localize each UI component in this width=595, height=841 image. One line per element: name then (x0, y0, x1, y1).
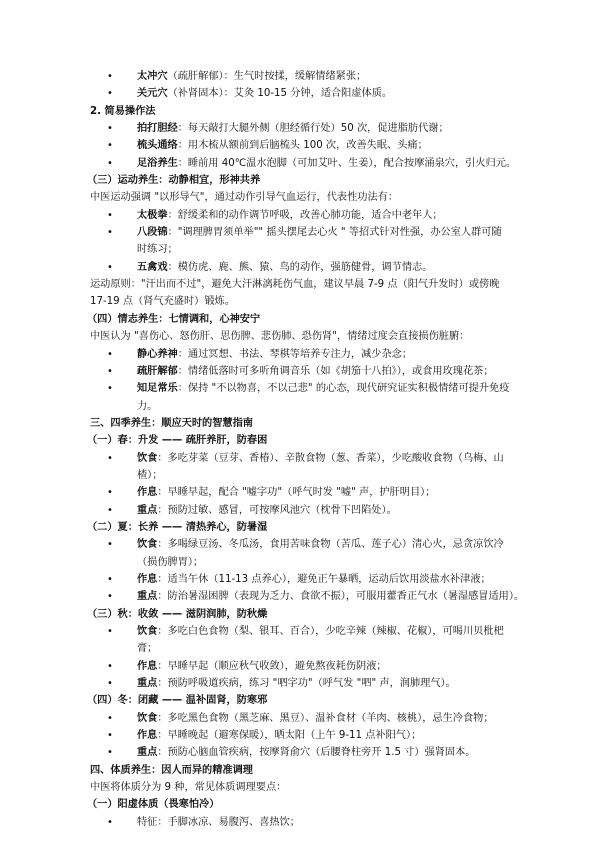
list-item-text: 特征：手脚冰凉、易腹泻、喜热饮； (137, 814, 300, 831)
paragraph: 17-19 点（肾气充盛时）锻炼。 (90, 293, 595, 310)
list-item-body: ：多吃芽菜（豆芽、香椿）、辛散食物（葱、香菜），少吃酸收食物（乌梅、山 (157, 453, 503, 464)
section-heading: 四、体质养生：因人而异的精准调理 (90, 762, 595, 779)
list-item-text: 拍打胆经：每天敲打大腿外侧（胆经循行处）50 次，促进脂肪代谢； (137, 120, 449, 137)
list-item-body: ：每天敲打大腿外侧（胆经循行处）50 次，促进脂肪代谢； (178, 123, 449, 134)
list-item: •太极拳：舒缓柔和的动作调节呼吸，改善心肺功能，适合中老年人； (0, 207, 595, 224)
bullet-icon: • (107, 68, 113, 85)
list-item-text: 饮食：多吃黑色食物（黑芝麻、黑豆）、温补食材（羊肉、核桃），忌生冷食物； (137, 710, 494, 727)
list-item-body: ：多吃白色食物（梨、银耳、百合），少吃辛辣（辣椒、花椒），可喝川贝枇杷 (157, 626, 503, 637)
list-item-body: ：适当午休（11-13 点养心），避免正午暴晒，运动后饮用淡盐水补津液； (157, 574, 490, 585)
list-item-text: 梳头通络：用木梳从额前到后脑梳头 100 次，改善失眠、头痛； (137, 137, 428, 154)
subsection-heading: （一）阳虚体质（畏寒怕冷） (87, 796, 595, 813)
bullet-icon: • (107, 380, 113, 397)
list-item-term: 重点 (137, 505, 157, 516)
bullet-icon: • (107, 571, 113, 588)
list-item-term: 饮食 (137, 453, 157, 464)
list-item-continuation: 楂）； (0, 467, 595, 484)
list-item-body: ：舒缓柔和的动作调节呼吸，改善心肺功能，适合中老年人； (168, 210, 443, 221)
list-item-term: 作息 (137, 730, 157, 741)
bullet-icon: • (107, 120, 113, 137)
list-item-text: 八段锦："调理脾胃须单举"" 摇头摆尾去心火 " 等招式针对性强，办公室人群可随 (137, 224, 502, 241)
bullet-icon: • (107, 259, 113, 276)
paragraph: 运动原则："汗出而不过"，避免大汗淋漓耗伤气血，建议早晨 7-9 点（阳气升发时… (90, 276, 595, 293)
section-heading: 三、四季养生：顺应天时的智慧指南 (90, 415, 595, 432)
list-item-term: 太极拳 (137, 210, 168, 221)
list-item: •重点：预防过敏、感冒，可按摩风池穴（枕骨下凹陷处）。 (0, 502, 595, 519)
list-item-body: ：防治暑湿困脾（表现为乏力、食欲不振），可服用藿香正气水（暑湿感冒适用）。 (157, 591, 524, 602)
bullet-icon: • (107, 658, 113, 675)
bullet-icon: • (107, 502, 113, 519)
list-item-text: 作息：早睡早起（顺应秋气收敛），避免熬夜耗伤阴液； (137, 658, 387, 675)
list-item-body: ：预防心脑血管疾病，按摩肾俞穴（后腰脊柱旁开 1.5 寸）强肾固本。 (157, 747, 475, 758)
list-item-continuation: 力。 (0, 398, 595, 415)
list-item-text: 饮食：多吃白色食物（梨、银耳、百合），少吃辛辣（辣椒、花椒），可喝川贝枇杷 (137, 623, 504, 640)
paragraph: 中医运动强调 "以形导气"，通过动作引导气血运行，代表性功法有： (90, 189, 595, 206)
list-item: •疏肝解郁：情绪低落时可多听角调音乐（如《胡笳十八拍》），或食用玫瑰花茶； (0, 363, 595, 380)
list-item-body: ：用木梳从额前到后脑梳头 100 次，改善失眠、头痛； (178, 140, 428, 151)
list-item-text: 知足常乐：保持 "不以物喜，不以己悲" 的心态，现代研究证实积极情绪可提升免疫 (137, 380, 509, 397)
list-item: •饮食：多喝绿豆汤、冬瓜汤，食用苦味食物（苦瓜、莲子心）清心火，忌贪凉饮冷 (0, 536, 595, 553)
list-item-term: 饮食 (137, 539, 157, 550)
list-item-text: 太冲穴（疏肝解郁）：生气时按揉，缓解情绪紧张； (137, 68, 366, 85)
list-item: •梳头通络：用木梳从额前到后脑梳头 100 次，改善失眠、头痛； (0, 137, 595, 154)
bullet-icon: • (107, 623, 113, 640)
list-item: •饮食：多吃黑色食物（黑芝麻、黑豆）、温补食材（羊肉、核桃），忌生冷食物； (0, 710, 595, 727)
list-item-continuation: （损伤脾胃）； (0, 554, 595, 571)
list-item-text: 饮食：多喝绿豆汤、冬瓜汤，食用苦味食物（苦瓜、莲子心）清心火，忌贪凉饮冷 (137, 536, 504, 553)
bullet-icon: • (107, 710, 113, 727)
subsection-heading: （三）秋：收敛 —— 滋阴润肺，防秋燥 (87, 606, 595, 623)
list-item: •饮食：多吃芽菜（豆芽、香椿）、辛散食物（葱、香菜），少吃酸收食物（乌梅、山 (0, 450, 595, 467)
section-heading: 2. 简易操作法 (90, 103, 595, 120)
list-item-text: 疏肝解郁：情绪低落时可多听角调音乐（如《胡笳十八拍》），或食用玫瑰花茶； (137, 363, 494, 380)
list-item-text: 重点：防治暑湿困脾（表现为乏力、食欲不振），可服用藿香正气水（暑湿感冒适用）。 (137, 588, 524, 605)
list-item-body: ：保持 "不以物喜，不以己悲" 的心态，现代研究证实积极情绪可提升免疫 (178, 383, 510, 394)
document-page: •太冲穴（疏肝解郁）：生气时按揉，缓解情绪紧张；•关元穴（补肾固本）：艾灸 10… (0, 68, 595, 831)
list-item-term: 作息 (137, 661, 157, 672)
subsection-heading: （一）春：升发 —— 疏肝养肝，防春困 (87, 432, 595, 449)
list-item-term: 饮食 (137, 626, 157, 637)
bullet-icon: • (107, 224, 113, 241)
bullet-icon: • (107, 814, 113, 831)
list-item: •知足常乐：保持 "不以物喜，不以己悲" 的心态，现代研究证实积极情绪可提升免疫 (0, 380, 595, 397)
list-item-term: 太冲穴 (137, 71, 168, 82)
list-item-body: ：预防过敏、感冒，可按摩风池穴（枕骨下凹陷处）。 (157, 505, 396, 516)
list-item: •重点：防治暑湿困脾（表现为乏力、食欲不振），可服用藿香正气水（暑湿感冒适用）。 (0, 588, 595, 605)
list-item-body: ：多吃黑色食物（黑芝麻、黑豆）、温补食材（羊肉、核桃），忌生冷食物； (157, 713, 493, 724)
continuation-text: 楂）； (137, 467, 162, 484)
list-item: •重点：预防心脑血管疾病，按摩肾俞穴（后腰脊柱旁开 1.5 寸）强肾固本。 (0, 744, 595, 761)
list-item-term: 重点 (137, 591, 157, 602)
continuation-text: 膏； (137, 640, 157, 657)
list-item-text: 饮食：多吃芽菜（豆芽、香椿）、辛散食物（葱、香菜），少吃酸收食物（乌梅、山 (137, 450, 504, 467)
list-item-body: ：预防呼吸道疾病，练习 "呬字功"（呼气发 "呬" 声，润肺理气）。 (157, 678, 455, 689)
bullet-icon: • (107, 207, 113, 224)
list-item-term: 关元穴 (137, 88, 168, 99)
list-item-text: 作息：早睡晚起（避寒保暖），晒太阳（上午 9-11 点补阳气）； (137, 727, 421, 744)
list-item-body: （补肾固本）：艾灸 10-15 分钟，适合阳虚体质。 (168, 88, 393, 99)
bullet-icon: • (107, 155, 113, 172)
list-item-body: ：多喝绿豆汤、冬瓜汤，食用苦味食物（苦瓜、莲子心）清心火，忌贪凉饮冷 (157, 539, 503, 550)
list-item-term: 拍打胆经 (137, 123, 178, 134)
subsection-heading: （三）运动养生：动静相宜，形神共养 (87, 172, 595, 189)
list-item-text: 重点：预防心脑血管疾病，按摩肾俞穴（后腰脊柱旁开 1.5 寸）强肾固本。 (137, 744, 476, 761)
list-item-continuation: 时练习； (0, 241, 595, 258)
list-item-body: ：情绪低落时可多听角调音乐（如《胡笳十八拍》），或食用玫瑰花茶； (178, 366, 494, 377)
bullet-icon: • (107, 85, 113, 102)
list-item-body: （疏肝解郁）：生气时按揉，缓解情绪紧张； (168, 71, 367, 82)
list-item: •足浴养生：睡前用 40℃温水泡脚（可加艾叶、生姜），配合按摩涌泉穴，引火归元。 (0, 155, 595, 172)
list-item-term: 作息 (137, 574, 157, 585)
list-item: •拍打胆经：每天敲打大腿外侧（胆经循行处）50 次，促进脂肪代谢； (0, 120, 595, 137)
list-item: •特征：手脚冰凉、易腹泻、喜热饮； (0, 814, 595, 831)
list-item-text: 足浴养生：睡前用 40℃温水泡脚（可加艾叶、生姜），配合按摩涌泉穴，引火归元。 (137, 155, 516, 172)
list-item-continuation: 膏； (0, 640, 595, 657)
subsection-heading: （四）情志养生：七情调和，心神安宁 (87, 311, 595, 328)
continuation-text: （损伤脾胃）； (137, 554, 203, 571)
list-item-text: 重点：预防呼吸道疾病，练习 "呬字功"（呼气发 "呬" 声，润肺理气）。 (137, 675, 456, 692)
list-item-term: 重点 (137, 678, 157, 689)
list-item-body: ："调理脾胃须单举"" 摇头摆尾去心火 " 等招式针对性强，办公室人群可随 (168, 227, 502, 238)
list-item-term: 八段锦 (137, 227, 168, 238)
bullet-icon: • (107, 588, 113, 605)
bullet-icon: • (107, 675, 113, 692)
paragraph: 中医将体质分为 9 种，常见体质调理要点： (90, 779, 595, 796)
list-item-body: ：早睡晚起（避寒保暖），晒太阳（上午 9-11 点补阳气）； (157, 730, 421, 741)
list-item: •静心养神：通过冥想、书法、琴棋等培养专注力，减少杂念； (0, 346, 595, 363)
list-item-body: ：睡前用 40℃温水泡脚（可加艾叶、生姜），配合按摩涌泉穴，引火归元。 (178, 158, 516, 169)
list-item: •作息：早睡晚起（避寒保暖），晒太阳（上午 9-11 点补阳气）； (0, 727, 595, 744)
list-item-body: ：模仿虎、鹿、熊、猿、鸟的动作，强筋健骨，调节情志。 (168, 262, 433, 273)
bullet-icon: • (107, 744, 113, 761)
paragraph: 中医认为 "喜伤心、怒伤肝、思伤脾、悲伤肺、恐伤肾"，情绪过度会直接损伤脏腑： (90, 328, 595, 345)
bullet-icon: • (107, 727, 113, 744)
list-item-text: 重点：预防过敏、感冒，可按摩风池穴（枕骨下凹陷处）。 (137, 502, 397, 519)
list-item: •太冲穴（疏肝解郁）：生气时按揉，缓解情绪紧张； (0, 68, 595, 85)
list-item: •饮食：多吃白色食物（梨、银耳、百合），少吃辛辣（辣椒、花椒），可喝川贝枇杷 (0, 623, 595, 640)
list-item-term: 五禽戏 (137, 262, 168, 273)
list-item-term: 疏肝解郁 (137, 366, 178, 377)
list-item-term: 作息 (137, 487, 157, 498)
list-item: •八段锦："调理脾胃须单举"" 摇头摆尾去心火 " 等招式针对性强，办公室人群可… (0, 224, 595, 241)
list-item-body: ：早睡早起（顺应秋气收敛），避免熬夜耗伤阴液； (157, 661, 386, 672)
bullet-icon: • (107, 363, 113, 380)
list-item-body: 特征：手脚冰凉、易腹泻、喜热饮； (137, 817, 300, 828)
bullet-icon: • (107, 346, 113, 363)
list-item-text: 五禽戏：模仿虎、鹿、熊、猿、鸟的动作，强筋健骨，调节情志。 (137, 259, 432, 276)
bullet-icon: • (107, 484, 113, 501)
list-item-text: 太极拳：舒缓柔和的动作调节呼吸，改善心肺功能，适合中老年人； (137, 207, 443, 224)
list-item-term: 足浴养生 (137, 158, 178, 169)
list-item: •作息：早睡早起（顺应秋气收敛），避免熬夜耗伤阴液； (0, 658, 595, 675)
list-item-text: 关元穴（补肾固本）：艾灸 10-15 分钟，适合阳虚体质。 (137, 85, 392, 102)
list-item-body: ：早睡早起，配合 "嘘字功"（呼气时发 "嘘" 声，护肝明目）； (157, 487, 435, 498)
list-item-body: ：通过冥想、书法、琴棋等培养专注力，减少杂念； (178, 349, 412, 360)
continuation-text: 力。 (137, 398, 157, 415)
bullet-icon: • (107, 450, 113, 467)
bullet-icon: • (107, 536, 113, 553)
list-item-term: 梳头通络 (137, 140, 178, 151)
list-item-text: 作息：适当午休（11-13 点养心），避免正午暴晒，运动后饮用淡盐水补津液； (137, 571, 491, 588)
continuation-text: 时练习； (137, 241, 178, 258)
list-item-term: 重点 (137, 747, 157, 758)
list-item-term: 饮食 (137, 713, 157, 724)
list-item: •五禽戏：模仿虎、鹿、熊、猿、鸟的动作，强筋健骨，调节情志。 (0, 259, 595, 276)
subsection-heading: （四）冬：闭藏 —— 温补固肾，防寒邪 (87, 692, 595, 709)
list-item: •作息：适当午休（11-13 点养心），避免正午暴晒，运动后饮用淡盐水补津液； (0, 571, 595, 588)
list-item-term: 知足常乐 (137, 383, 178, 394)
subsection-heading: （二）夏：长养 —— 清热养心，防暑湿 (87, 519, 595, 536)
list-item-text: 静心养神：通过冥想、书法、琴棋等培养专注力，减少杂念； (137, 346, 412, 363)
list-item: •关元穴（补肾固本）：艾灸 10-15 分钟，适合阳虚体质。 (0, 85, 595, 102)
list-item-text: 作息：早睡早起，配合 "嘘字功"（呼气时发 "嘘" 声，护肝明目）； (137, 484, 435, 501)
bullet-icon: • (107, 137, 113, 154)
list-item-term: 静心养神 (137, 349, 178, 360)
list-item: •重点：预防呼吸道疾病，练习 "呬字功"（呼气发 "呬" 声，润肺理气）。 (0, 675, 595, 692)
list-item: •作息：早睡早起，配合 "嘘字功"（呼气时发 "嘘" 声，护肝明目）； (0, 484, 595, 501)
